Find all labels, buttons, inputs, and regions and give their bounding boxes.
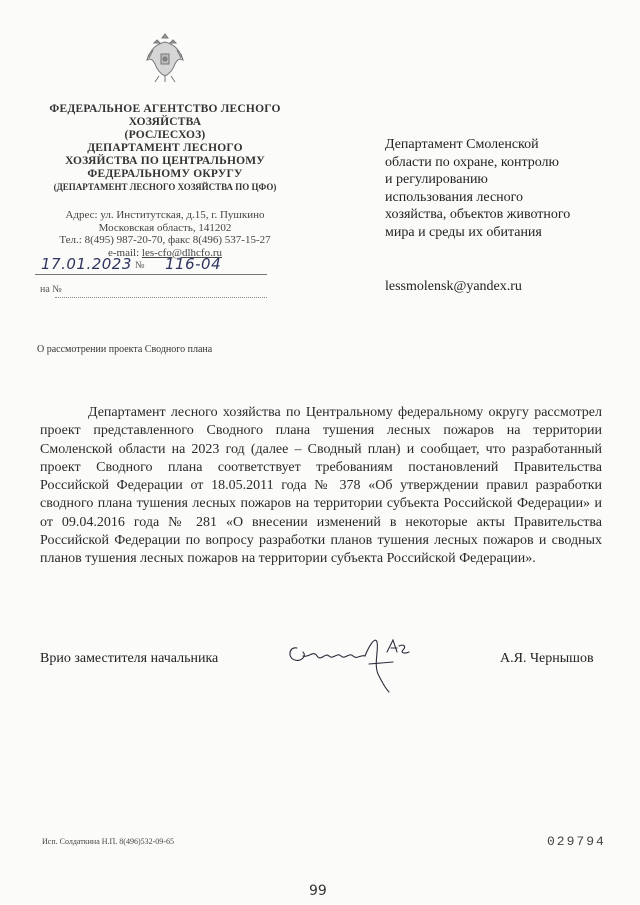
recipient-line: и регулированию — [385, 171, 625, 189]
letterhead: ФЕДЕРАЛЬНОЕ АГЕНТСТВО ЛЕСНОГО ХОЗЯЙСТВА … — [20, 30, 310, 259]
address-line: Адрес: ул. Институтская, д.15, г. Пушкин… — [20, 209, 310, 222]
letterhead-line: (РОСЛЕСХОЗ) — [20, 129, 310, 142]
letterhead-line: ХОЗЯЙСТВА ПО ЦЕНТРАЛЬНОМУ — [20, 155, 310, 168]
agency-name: ФЕДЕРАЛЬНОЕ АГЕНТСТВО ЛЕСНОГО ХОЗЯЙСТВА … — [20, 103, 310, 193]
recipient-line: мира и среды их обитания — [385, 224, 625, 242]
agency-address: Адрес: ул. Институтская, д.15, г. Пушкин… — [20, 209, 310, 259]
signatory-title: Врио заместителя начальника — [40, 651, 218, 667]
phone-fax: Тел.: 8(495) 987-20-70, факс 8(496) 537-… — [20, 234, 310, 247]
registration-date: 17.01.2023 — [41, 255, 132, 273]
letterhead-line: ФЕДЕРАЛЬНОМУ ОКРУГУ — [20, 168, 310, 181]
handwritten-signature-icon — [283, 636, 413, 694]
registration-line: 17.01.2023 № 116-04 — [35, 256, 267, 275]
letter-body: Департамент лесного хозяйства по Централ… — [40, 404, 602, 569]
address-line: Московская область, 141202 — [20, 222, 310, 235]
agency-short-name: (ДЕПАРТАМЕНТ ЛЕСНОГО ХОЗЯЙСТВА ПО ЦФО) — [20, 181, 310, 193]
executor-info: Исп. Солдаткина Н.П. 8(496)532-09-65 — [42, 837, 174, 846]
russian-coat-of-arms-icon — [143, 30, 187, 84]
signatory-name: А.Я. Чернышов — [500, 651, 594, 667]
letterhead-line: ДЕПАРТАМЕНТ ЛЕСНОГО — [20, 142, 310, 155]
body-paragraph: Департамент лесного хозяйства по Централ… — [40, 404, 602, 569]
page-number: 99 — [309, 883, 327, 899]
recipient-email[interactable]: lessmolensk@yandex.ru — [385, 279, 522, 295]
number-label: № — [135, 260, 145, 271]
reply-to-line: на № — [55, 283, 267, 298]
document-serial-number: 029794 — [547, 834, 606, 849]
recipient-line: Департамент Смоленской — [385, 136, 625, 154]
recipient-line: области по охране, контролю — [385, 154, 625, 172]
recipient-line: использования лесного — [385, 189, 625, 207]
recipient-line: хозяйства, объектов животного — [385, 206, 625, 224]
letterhead-line: ХОЗЯЙСТВА — [20, 116, 310, 129]
reply-label: на № — [40, 284, 62, 295]
letter-subject: О рассмотрении проекта Сводного плана — [37, 344, 212, 355]
letterhead-line: ФЕДЕРАЛЬНОЕ АГЕНТСТВО ЛЕСНОГО — [20, 103, 310, 116]
registration-number: 116-04 — [165, 255, 221, 273]
recipient-block: Департамент Смоленской области по охране… — [385, 136, 625, 241]
